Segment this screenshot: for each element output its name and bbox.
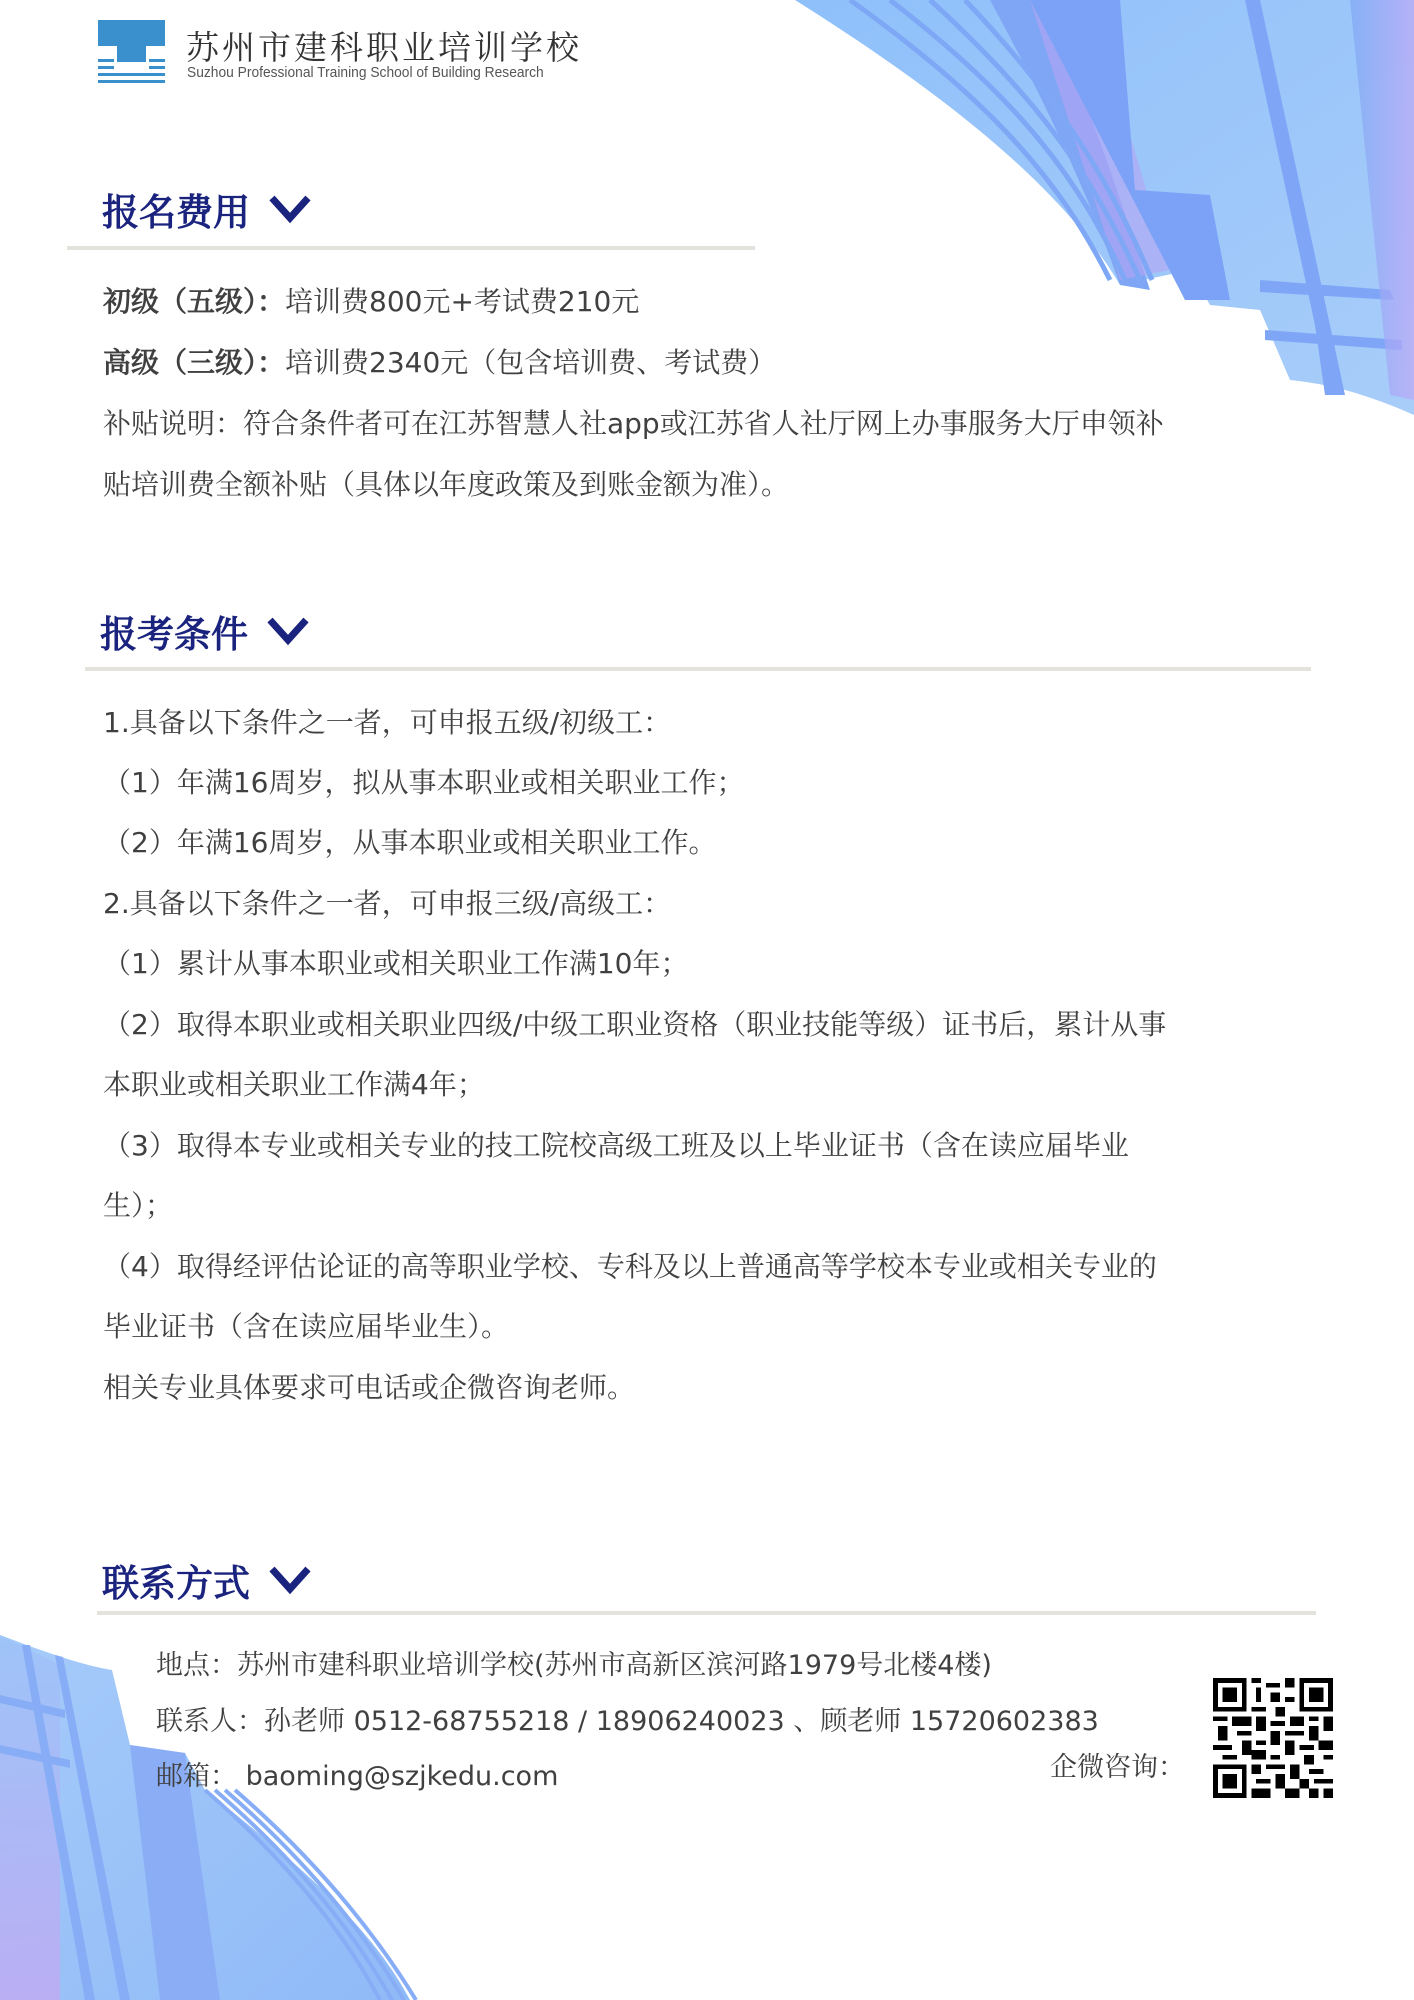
requirement-line: 相关专业具体要求可电话或企微咨询老师。 <box>103 1368 635 1408</box>
contact-email-row: 邮箱： baoming@szjkedu.com <box>156 1757 558 1797</box>
requirement-line: （1）累计从事本职业或相关职业工作满10年； <box>103 944 688 984</box>
subsidy-note-line-1: 补贴说明：符合条件者可在江苏智慧人社app或江苏省人社厅网上办事服务大厅申领补 <box>103 404 1164 444</box>
chevron-down-icon <box>266 616 310 646</box>
requirement-line: 本职业或相关职业工作满4年； <box>103 1065 485 1105</box>
fee-item-primary: 初级（五级）：培训费800元+考试费210元 <box>103 282 639 322</box>
section-heading-contact[interactable]: 联系方式 <box>102 1553 312 1607</box>
requirement-line: 毕业证书（含在读应届毕业生）。 <box>103 1307 509 1347</box>
school-name-cn: 苏州市建科职业培训学校 <box>186 22 582 69</box>
subsidy-note-line-2: 贴培训费全额补贴（具体以年度政策及到账金额为准）。 <box>103 465 789 505</box>
email-link[interactable]: baoming@szjkedu.com <box>246 1761 559 1792</box>
requirement-line: （2）年满16周岁，从事本职业或相关职业工作。 <box>103 823 716 863</box>
section-title: 报名费用 <box>102 182 250 236</box>
requirement-line: （1）年满16周岁，拟从事本职业或相关职业工作； <box>103 763 744 803</box>
section-heading-requirements[interactable]: 报考条件 <box>100 604 310 658</box>
section-title: 联系方式 <box>102 1553 250 1607</box>
qr-code-icon[interactable] <box>1213 1678 1333 1798</box>
chevron-down-icon <box>268 1565 312 1595</box>
requirement-line: 2.具备以下条件之一者，可申报三级/高级工： <box>103 884 671 924</box>
requirement-line: （2）取得本职业或相关职业四级/中级工职业资格（职业技能等级）证书后，累计从事 <box>103 1005 1166 1045</box>
school-name-en: Suzhou Professional Training School of B… <box>187 64 544 81</box>
requirement-line: （4）取得经评估论证的高等职业学校、专科及以上普通高等学校本专业或相关专业的 <box>103 1247 1157 1287</box>
fee-item-advanced: 高级（三级）：培训费2340元（包含培训费、考试费） <box>103 343 776 383</box>
contact-address: 地点：苏州市建科职业培训学校(苏州市高新区滨河路1979号北楼4楼) <box>156 1646 992 1686</box>
school-logo-icon <box>98 20 165 86</box>
requirement-line: 1.具备以下条件之一者，可申报五级/初级工： <box>103 703 671 743</box>
section-divider <box>97 1611 1316 1615</box>
chevron-down-icon <box>268 194 312 224</box>
email-label: 邮箱： <box>156 1761 237 1792</box>
requirement-line: （3）取得本专业或相关专业的技工院校高级工班及以上毕业证书（含在读应届毕业 <box>103 1126 1129 1166</box>
requirement-line: 生）； <box>103 1186 173 1226</box>
wechat-consult-label: 企微咨询： <box>1050 1748 1185 1788</box>
contact-persons: 联系人：孙老师 0512-68755218 / 18906240023 、顾老师… <box>156 1702 1099 1742</box>
section-divider <box>85 667 1311 671</box>
decorative-building-graphic-top <box>790 0 1414 420</box>
section-divider <box>67 246 755 250</box>
section-title: 报考条件 <box>100 604 248 658</box>
section-heading-fees[interactable]: 报名费用 <box>102 182 312 236</box>
